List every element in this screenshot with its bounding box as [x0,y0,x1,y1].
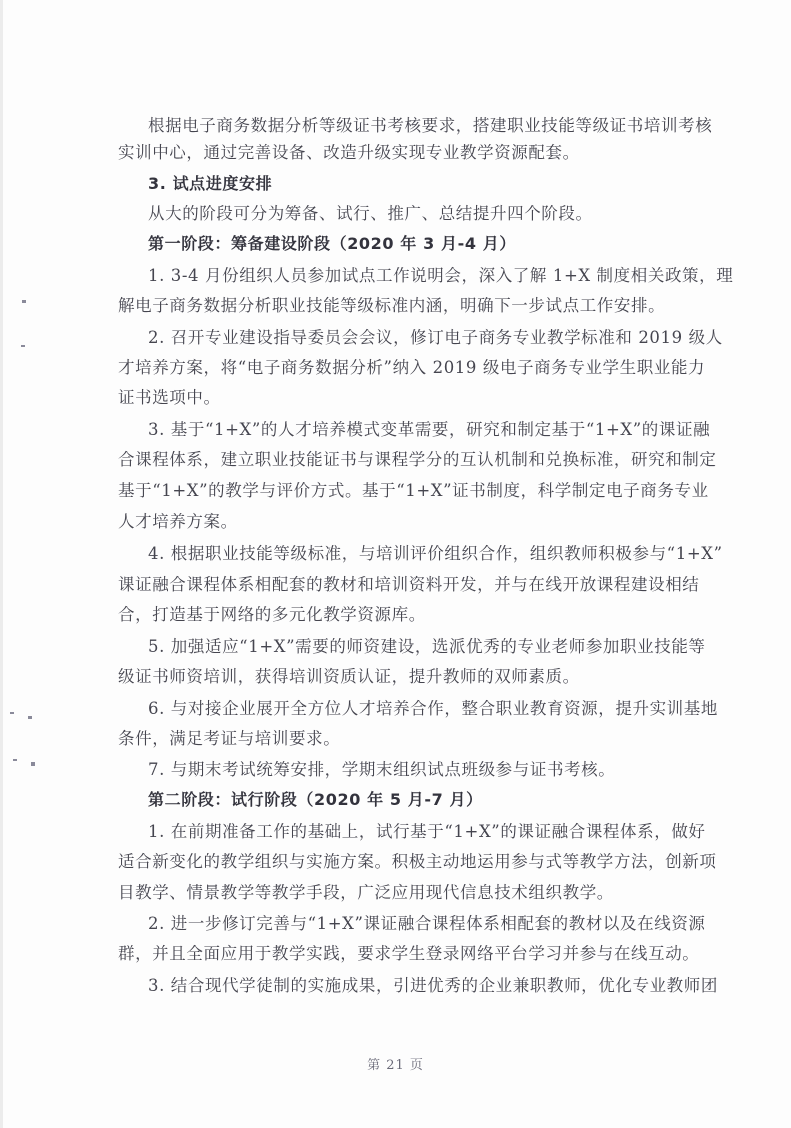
paragraph-line: 才培养方案，将“电子商务数据分析”纳入 2019 级电子商务专业学生职业能力 [118,358,678,378]
scan-edge [0,0,3,1128]
paragraph-line: 根据电子商务数据分析等级证书考核要求，搭建职业技能等级证书培训考核 [148,116,708,136]
scan-mark [31,762,35,766]
paragraph-line: 级证书师资培训，获得培训资质认证，提升教师的双师素质。 [118,667,678,687]
scan-mark [21,345,25,347]
paragraph-line: 从大的阶段可分为筹备、试行、推广、总结提升四个阶段。 [148,204,708,224]
paragraph-line: 5. 加强适应“1+X”需要的师资建设，选派优秀的专业老师参加职业技能等 [148,637,708,657]
paragraph-line: 6. 与对接企业展开全方位人才培养合作，整合职业教育资源，提升实训基地 [148,699,708,719]
paragraph-line: 7. 与期末考试统筹安排，学期末组织试点班级参与证书考核。 [148,760,708,780]
paragraph-line: 3. 基于“1+X”的人才培养模式变革需要，研究和制定基于“1+X”的课证融 [148,420,708,440]
page-number: 第 21 页 [0,1054,791,1073]
scan-mark [28,716,32,719]
phase-heading: 第二阶段：试行阶段（2020 年 5 月-7 月） [148,790,708,810]
paragraph-line: 实训中心，通过完善设备、改造升级实现专业教学资源配套。 [118,143,678,163]
paragraph-line: 目教学、情景教学等教学手段，广泛应用现代信息技术组织教学。 [118,883,678,903]
paragraph-line: 1. 在前期准备工作的基础上，试行基于“1+X”的课证融合课程体系，做好 [148,822,708,842]
paragraph-line: 证书选项中。 [118,388,678,408]
paragraph-line: 合课程体系，建立职业技能证书与课程学分的互认机制和兑换标准，研究和制定 [118,450,678,470]
scan-mark [13,759,17,761]
paragraph-line: 2. 召开专业建设指导委员会会议，修订电子商务专业教学标准和 2019 级人 [148,328,708,348]
paragraph-line: 课证融合课程体系相配套的教材和培训资料开发，并与在线开放课程建设相结 [118,575,678,595]
document-page: 根据电子商务数据分析等级证书考核要求，搭建职业技能等级证书培训考核 实训中心，通… [0,0,791,1128]
scan-mark [22,300,26,303]
paragraph-line: 人才培养方案。 [118,512,678,532]
paragraph-line: 4. 根据职业技能等级标准，与培训评价组织合作，组织教师积极参与“1+X” [148,544,708,564]
scan-mark [10,712,14,714]
paragraph-line: 基于“1+X”的教学与评价方式。基于“1+X”证书制度，科学制定电子商务专业 [118,481,678,501]
paragraph-line: 条件，满足考证与培训要求。 [118,729,678,749]
paragraph-line: 适合新变化的教学组织与实施方案。积极主动地运用参与式等教学方法，创新项 [118,852,678,872]
paragraph-line: 3. 结合现代学徒制的实施成果，引进优秀的企业兼职教师，优化专业教师团 [148,976,708,996]
paragraph-line: 合，打造基于网络的多元化教学资源库。 [118,605,678,625]
paragraph-line: 1. 3-4 月份组织人员参加试点工作说明会，深入了解 1+X 制度相关政策，理 [148,266,708,286]
section-heading: 3. 试点进度安排 [148,174,708,194]
paragraph-line: 群，并且全面应用于教学实践，要求学生登录网络平台学习并参与在线互动。 [118,944,678,964]
phase-heading: 第一阶段：筹备建设阶段（2020 年 3 月-4 月） [148,234,708,254]
paragraph-line: 解电子商务数据分析职业技能等级标准内涵，明确下一步试点工作安排。 [118,296,678,316]
paragraph-line: 2. 进一步修订完善与“1+X”课证融合课程体系相配套的教材以及在线资源 [148,914,708,934]
